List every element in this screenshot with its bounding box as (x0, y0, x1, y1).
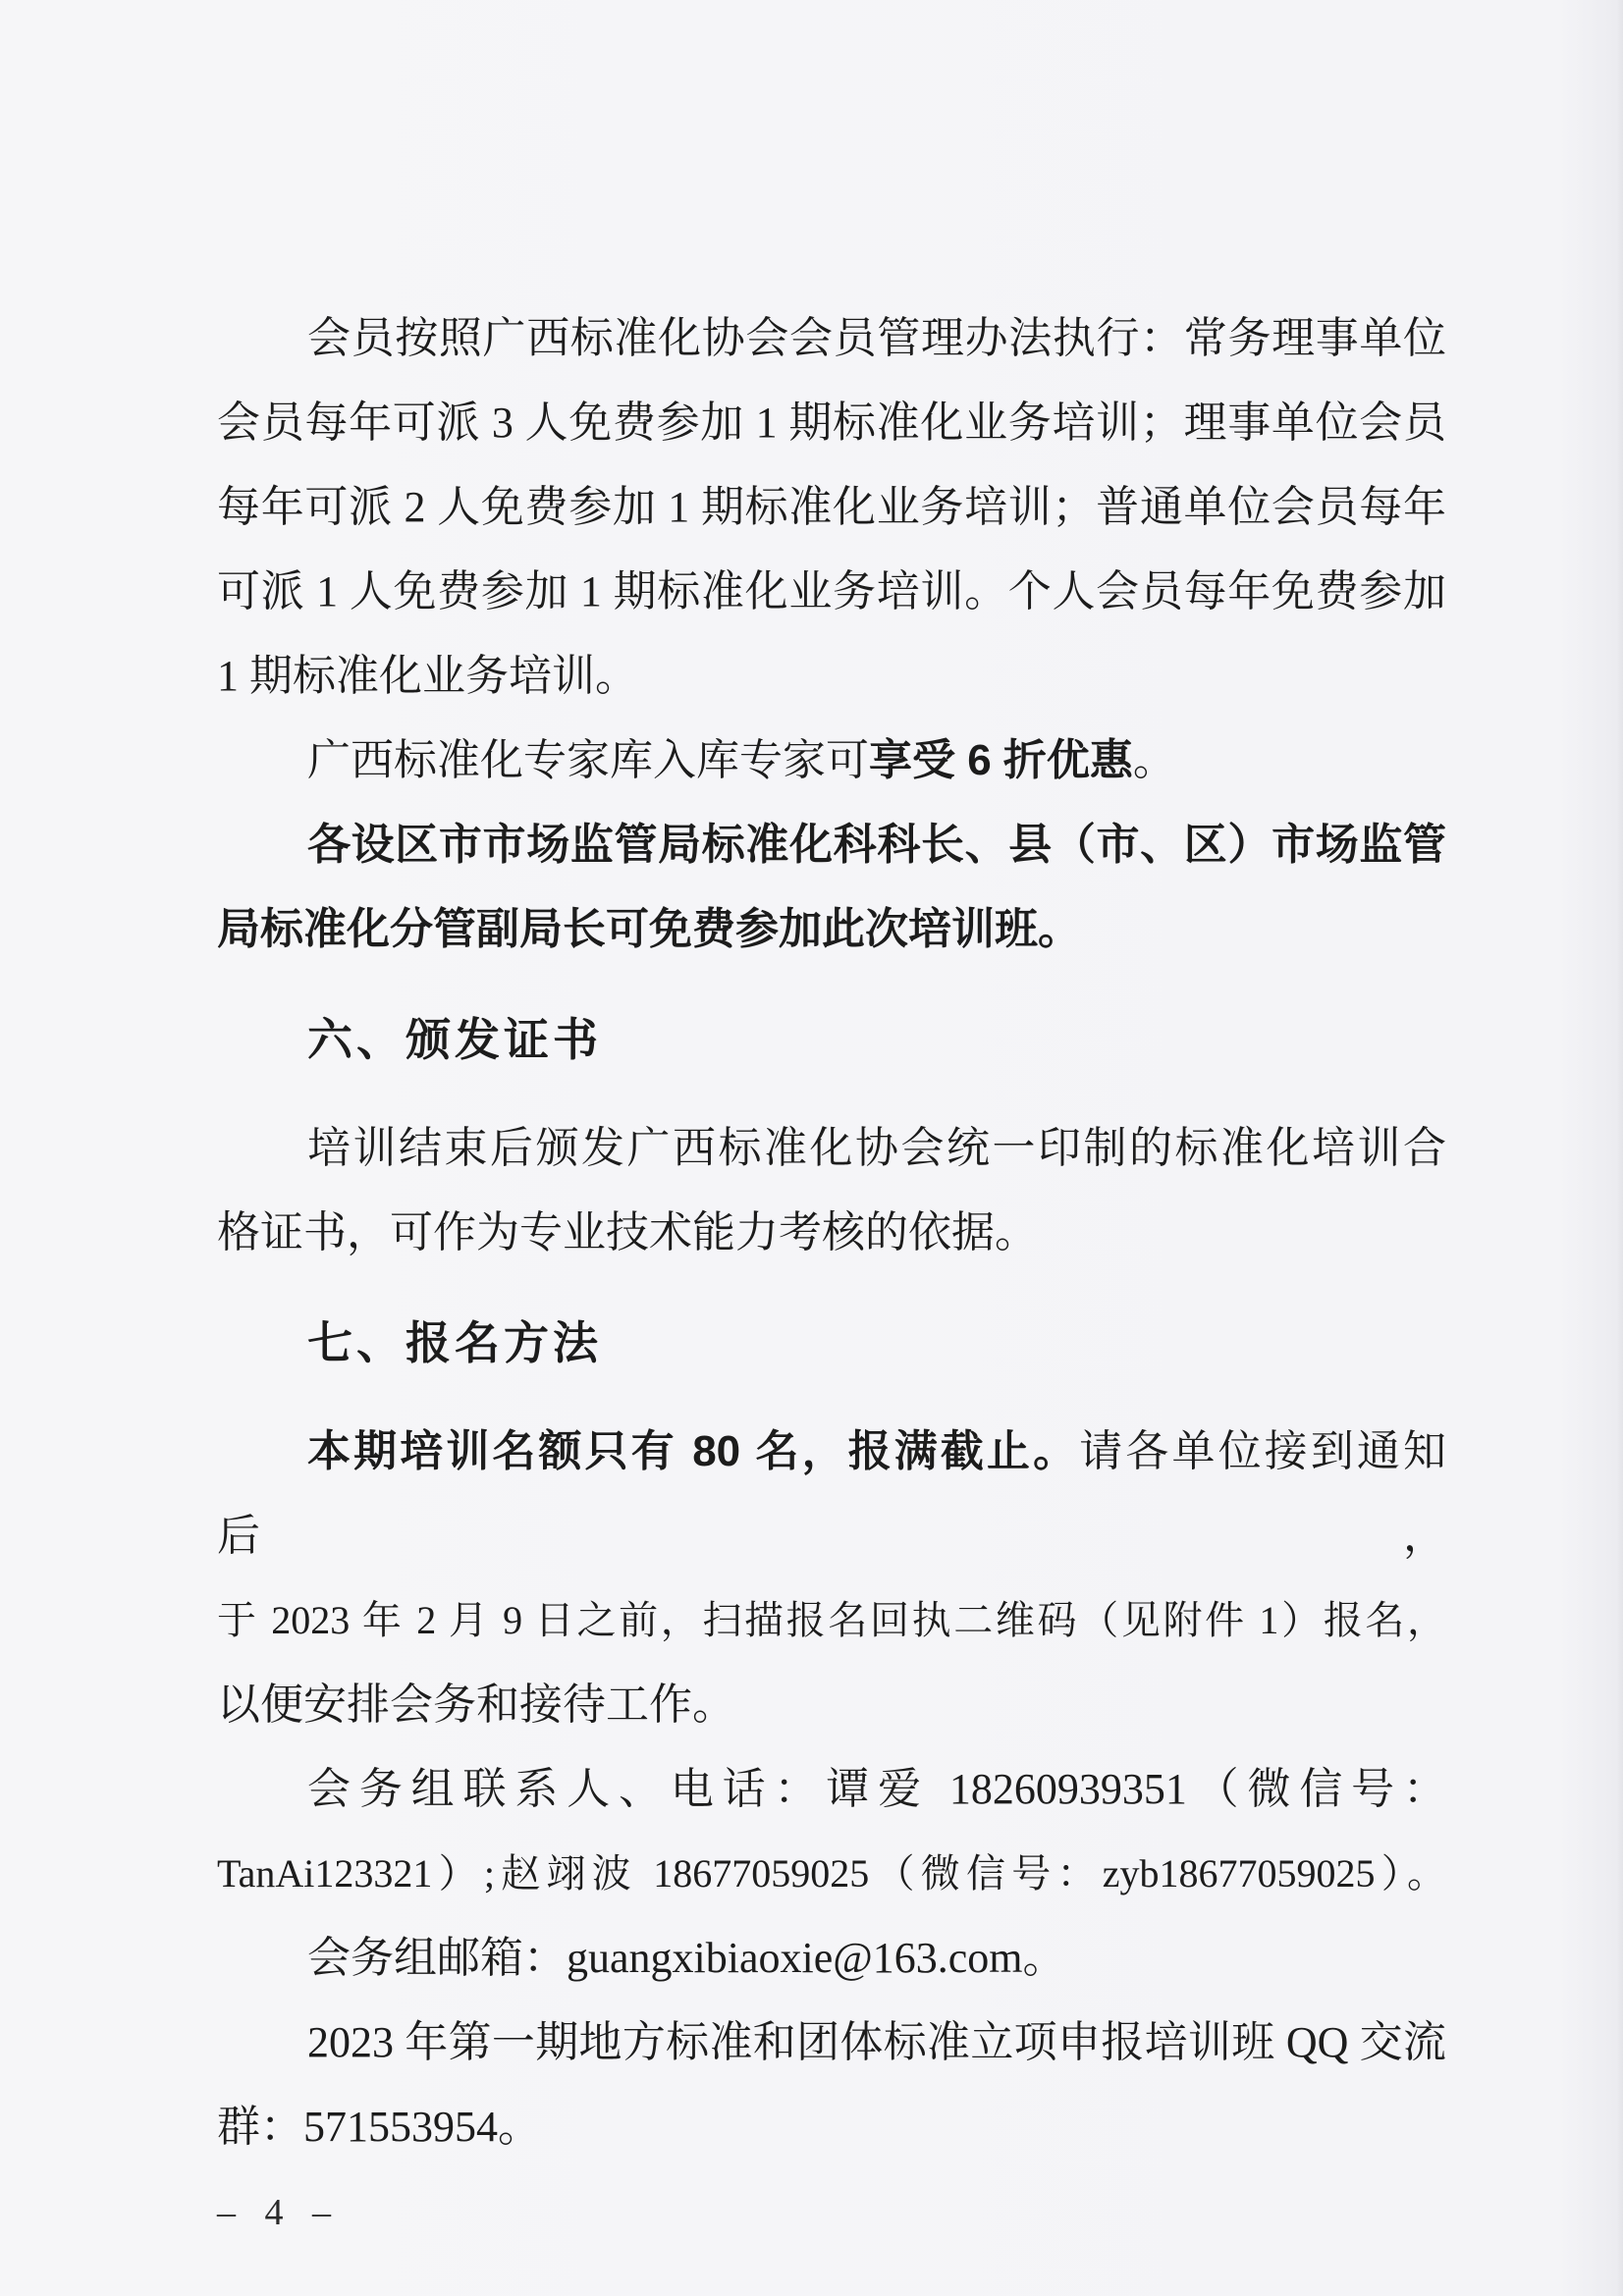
text-run: 1 期标准化业务培训。 (217, 652, 638, 700)
text-run: 可派 1 人免费参加 1 期标准化业务培训。个人会员每年免费参加 (217, 567, 1446, 615)
text-run: 。 (1133, 736, 1176, 784)
text-line: 每年可派 2 人免费参加 1 期标准化业务培训；普通单位会员每年 (217, 465, 1446, 550)
text-run: 会员按照广西标准化协会会员管理办法执行：常务理事单位 (307, 314, 1446, 362)
text-line: 会员按照广西标准化协会会员管理办法执行：常务理事单位 (217, 296, 1446, 381)
text-line: TanAi123321）;赵翊波 18677059025（微信号：zyb1867… (217, 1832, 1446, 1916)
text-run: 每年可派 2 人免费参加 1 期标准化业务培训；普通单位会员每年 (217, 483, 1446, 531)
emphasized-text-run: 各设区市市场监管局标准化科科长、县（市、区）市场监管 (307, 821, 1446, 869)
text-line: 会务组邮箱：guangxibiaoxie@163.com。 (217, 1916, 1446, 2001)
document-body: 会员按照广西标准化协会会员管理办法执行：常务理事单位会员每年可派 3 人免费参加… (217, 296, 1446, 2169)
emphasized-text-run: 七、报名方法 (307, 1317, 602, 1368)
emphasized-text-run: 六、颁发证书 (307, 1014, 602, 1065)
text-run: 2023 年第一期地方标准和团体标准立项申报培训班 QQ 交流 (307, 2018, 1446, 2066)
text-run: 以便安排会务和接待工作。 (217, 1681, 735, 1729)
text-run: 培训结束后颁发广西标准化协会统一印制的标准化培训合 (307, 1124, 1446, 1172)
text-line: 会务组联系人、电话：谭爱 18260939351（微信号： (217, 1747, 1446, 1832)
text-line: 于 2023 年 2 月 9 日之前，扫描报名回执二维码（见附件 1）报名， (217, 1578, 1446, 1663)
text-line: 2023 年第一期地方标准和团体标准立项申报培训班 QQ 交流 (217, 2001, 1446, 2085)
text-run: 格证书，可作为专业技术能力考核的依据。 (217, 1208, 1038, 1256)
text-line: 本期培训名额只有 80 名，报满截止。请各单位接到通知后， (217, 1410, 1446, 1578)
text-line: 可派 1 人免费参加 1 期标准化业务培训。个人会员每年免费参加 (217, 550, 1446, 634)
text-run: 会员每年可派 3 人免费参加 1 期标准化业务培训；理事单位会员 (217, 399, 1446, 447)
text-run: TanAi123321）;赵翊波 18677059025（微信号：zyb1867… (217, 1851, 1446, 1896)
text-line: 1 期标准化业务培训。 (217, 634, 1446, 719)
text-line: 格证书，可作为专业技术能力考核的依据。 (217, 1191, 1446, 1275)
text-run: 会务组联系人、电话：谭爱 18260939351（微信号： (307, 1765, 1446, 1813)
text-line: 培训结束后颁发广西标准化协会统一印制的标准化培训合 (217, 1106, 1446, 1191)
text-line: 群：571553954。 (217, 2085, 1446, 2169)
page-number: – 4 – (217, 2183, 1446, 2242)
text-line: 广西标准化专家库入库专家可享受 6 折优惠。 (217, 719, 1446, 803)
emphasized-text-run: 本期培训名额只有 80 名，报满截止。 (307, 1427, 1079, 1475)
text-line: 局标准化分管副局长可免费参加此次培训班。 (217, 887, 1446, 972)
scanned-document-page: 会员按照广西标准化协会会员管理办法执行：常务理事单位会员每年可派 3 人免费参加… (0, 0, 1623, 2296)
section-heading: 六、颁发证书 (217, 997, 1446, 1083)
text-run: 群：571553954。 (217, 2103, 541, 2151)
text-run: 会务组邮箱：guangxibiaoxie@163.com。 (307, 1934, 1066, 1982)
emphasized-text-run: 享受 6 折优惠 (869, 736, 1133, 784)
text-line: 各设区市市场监管局标准化科科长、县（市、区）市场监管 (217, 803, 1446, 887)
emphasized-text-run: 局标准化分管副局长可免费参加此次培训班。 (217, 905, 1081, 953)
text-run: 于 2023 年 2 月 9 日之前，扫描报名回执二维码（见附件 1）报名， (217, 1598, 1446, 1642)
text-line: 会员每年可派 3 人免费参加 1 期标准化业务培训；理事单位会员 (217, 381, 1446, 465)
text-run: 广西标准化专家库入库专家可 (307, 736, 869, 784)
section-heading: 七、报名方法 (217, 1301, 1446, 1386)
text-line: 以便安排会务和接待工作。 (217, 1663, 1446, 1747)
